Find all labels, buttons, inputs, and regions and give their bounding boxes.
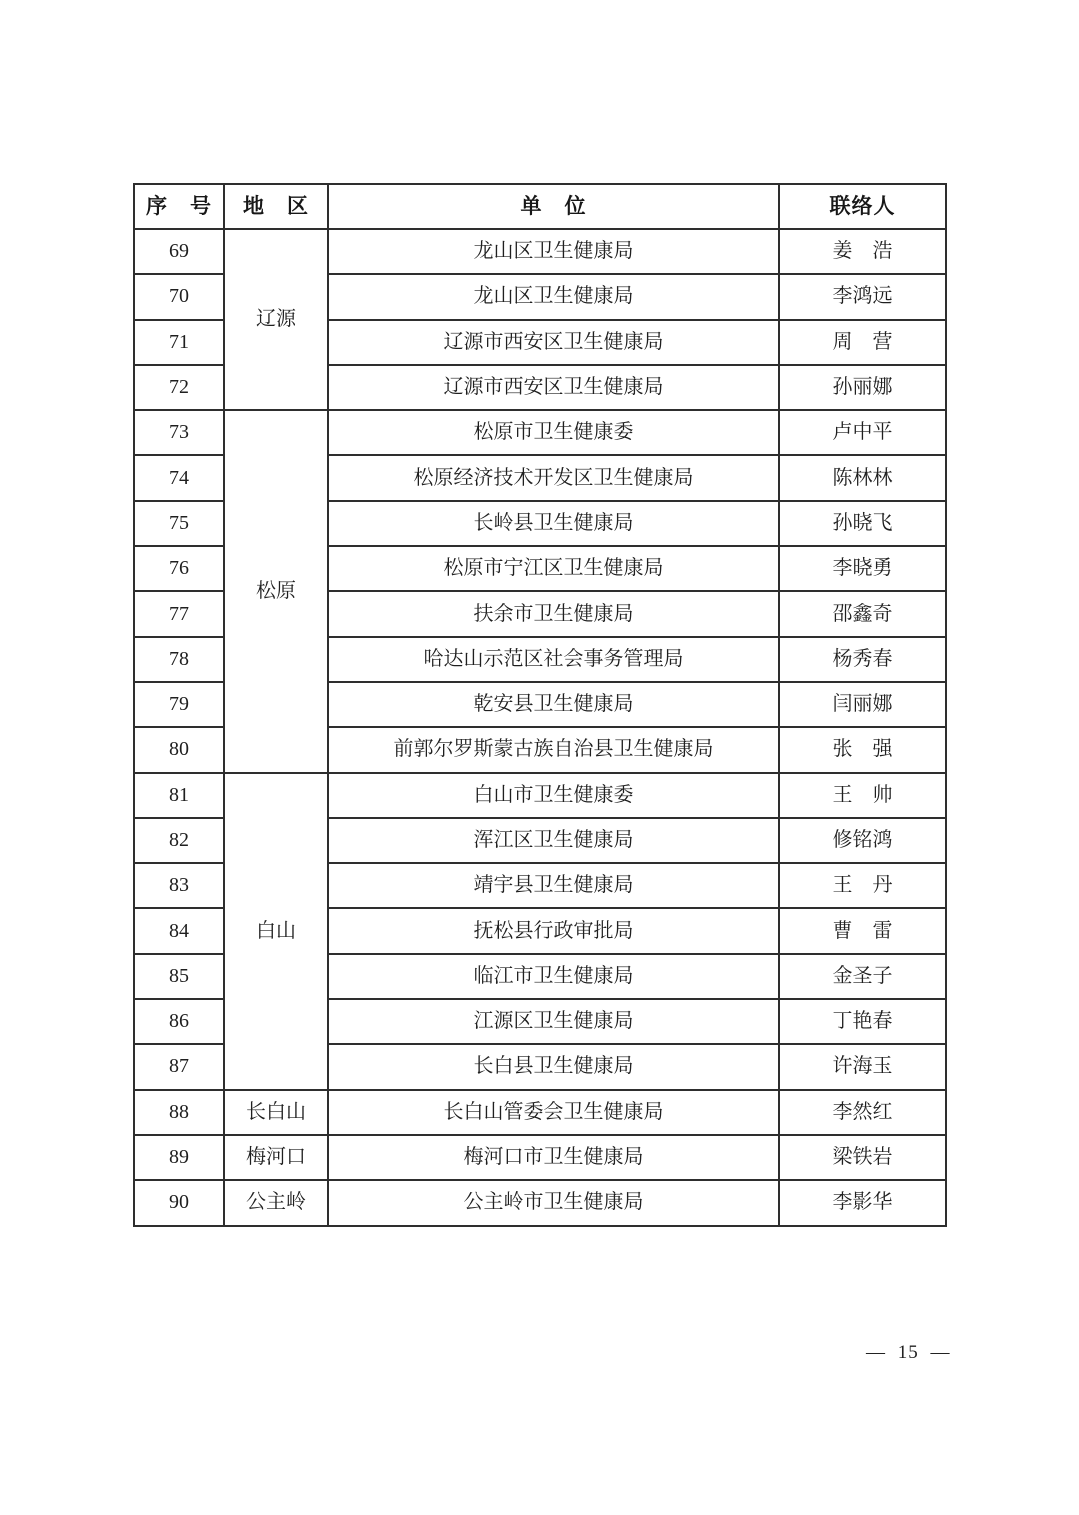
contact-cell: 李鸿远 <box>779 274 946 319</box>
contact-cell: 许海玉 <box>779 1044 946 1089</box>
contact-cell: 李晓勇 <box>779 546 946 591</box>
serial-cell: 80 <box>134 727 224 772</box>
serial-cell: 77 <box>134 591 224 636</box>
serial-cell: 72 <box>134 365 224 410</box>
region-cell: 辽源 <box>224 229 328 410</box>
unit-cell: 靖宇县卫生健康局 <box>328 863 779 908</box>
contact-cell: 闫丽娜 <box>779 682 946 727</box>
column-header-region: 地 区 <box>224 184 328 229</box>
table-row: 73松原松原市卫生健康委卢中平 <box>134 410 946 455</box>
serial-cell: 89 <box>134 1135 224 1180</box>
contact-cell: 曹 雷 <box>779 908 946 953</box>
table-header: 序 号 地 区 单 位 联络人 <box>134 184 946 229</box>
table-body: 69辽源龙山区卫生健康局姜 浩70龙山区卫生健康局李鸿远71辽源市西安区卫生健康… <box>134 229 946 1226</box>
region-cell: 梅河口 <box>224 1135 328 1180</box>
unit-cell: 松原经济技术开发区卫生健康局 <box>328 455 779 500</box>
contact-cell: 王 帅 <box>779 773 946 818</box>
contact-cell: 邵鑫奇 <box>779 591 946 636</box>
contact-cell: 金圣子 <box>779 954 946 999</box>
serial-cell: 86 <box>134 999 224 1044</box>
unit-cell: 松原市宁江区卫生健康局 <box>328 546 779 591</box>
unit-cell: 浑江区卫生健康局 <box>328 818 779 863</box>
region-cell: 长白山 <box>224 1090 328 1135</box>
unit-cell: 白山市卫生健康委 <box>328 773 779 818</box>
table-row: 69辽源龙山区卫生健康局姜 浩 <box>134 229 946 274</box>
unit-cell: 辽源市西安区卫生健康局 <box>328 365 779 410</box>
header-row: 序 号 地 区 单 位 联络人 <box>134 184 946 229</box>
contact-cell: 周 营 <box>779 320 946 365</box>
serial-cell: 88 <box>134 1090 224 1135</box>
region-cell: 松原 <box>224 410 328 772</box>
serial-cell: 82 <box>134 818 224 863</box>
serial-cell: 84 <box>134 908 224 953</box>
contact-cell: 修铭鸿 <box>779 818 946 863</box>
document-page: 序 号 地 区 单 位 联络人 69辽源龙山区卫生健康局姜 浩70龙山区卫生健康… <box>0 0 1079 1515</box>
contact-cell: 李影华 <box>779 1180 946 1225</box>
table-row: 81白山白山市卫生健康委王 帅 <box>134 773 946 818</box>
unit-cell: 前郭尔罗斯蒙古族自治县卫生健康局 <box>328 727 779 772</box>
serial-cell: 69 <box>134 229 224 274</box>
serial-cell: 78 <box>134 637 224 682</box>
unit-cell: 松原市卫生健康委 <box>328 410 779 455</box>
contact-cell: 孙丽娜 <box>779 365 946 410</box>
page-number: — 15 — <box>866 1342 951 1364</box>
unit-cell: 哈达山示范区社会事务管理局 <box>328 637 779 682</box>
serial-cell: 70 <box>134 274 224 319</box>
serial-cell: 71 <box>134 320 224 365</box>
contact-cell: 王 丹 <box>779 863 946 908</box>
region-cell: 白山 <box>224 773 328 1090</box>
contact-cell: 梁铁岩 <box>779 1135 946 1180</box>
unit-cell: 辽源市西安区卫生健康局 <box>328 320 779 365</box>
contact-cell: 张 强 <box>779 727 946 772</box>
region-cell: 公主岭 <box>224 1180 328 1225</box>
table-row: 89梅河口梅河口市卫生健康局梁铁岩 <box>134 1135 946 1180</box>
serial-cell: 85 <box>134 954 224 999</box>
serial-cell: 75 <box>134 501 224 546</box>
column-header-unit: 单 位 <box>328 184 779 229</box>
contact-cell: 陈林林 <box>779 455 946 500</box>
unit-cell: 龙山区卫生健康局 <box>328 274 779 319</box>
contact-cell: 孙晓飞 <box>779 501 946 546</box>
unit-cell: 临江市卫生健康局 <box>328 954 779 999</box>
serial-cell: 79 <box>134 682 224 727</box>
unit-cell: 长白县卫生健康局 <box>328 1044 779 1089</box>
contact-cell: 姜 浩 <box>779 229 946 274</box>
serial-cell: 87 <box>134 1044 224 1089</box>
contact-cell: 卢中平 <box>779 410 946 455</box>
column-header-contact: 联络人 <box>779 184 946 229</box>
serial-cell: 73 <box>134 410 224 455</box>
serial-cell: 83 <box>134 863 224 908</box>
contact-cell: 杨秀春 <box>779 637 946 682</box>
unit-cell: 长岭县卫生健康局 <box>328 501 779 546</box>
serial-cell: 81 <box>134 773 224 818</box>
contact-cell: 丁艳春 <box>779 999 946 1044</box>
serial-cell: 76 <box>134 546 224 591</box>
column-header-serial: 序 号 <box>134 184 224 229</box>
unit-cell: 公主岭市卫生健康局 <box>328 1180 779 1225</box>
unit-cell: 梅河口市卫生健康局 <box>328 1135 779 1180</box>
unit-cell: 龙山区卫生健康局 <box>328 229 779 274</box>
serial-cell: 74 <box>134 455 224 500</box>
unit-cell: 扶余市卫生健康局 <box>328 591 779 636</box>
unit-cell: 长白山管委会卫生健康局 <box>328 1090 779 1135</box>
serial-cell: 90 <box>134 1180 224 1225</box>
unit-cell: 江源区卫生健康局 <box>328 999 779 1044</box>
unit-cell: 乾安县卫生健康局 <box>328 682 779 727</box>
contacts-table: 序 号 地 区 单 位 联络人 69辽源龙山区卫生健康局姜 浩70龙山区卫生健康… <box>133 183 947 1227</box>
table-row: 90公主岭公主岭市卫生健康局李影华 <box>134 1180 946 1225</box>
table-row: 88长白山长白山管委会卫生健康局李然红 <box>134 1090 946 1135</box>
unit-cell: 抚松县行政审批局 <box>328 908 779 953</box>
contact-cell: 李然红 <box>779 1090 946 1135</box>
